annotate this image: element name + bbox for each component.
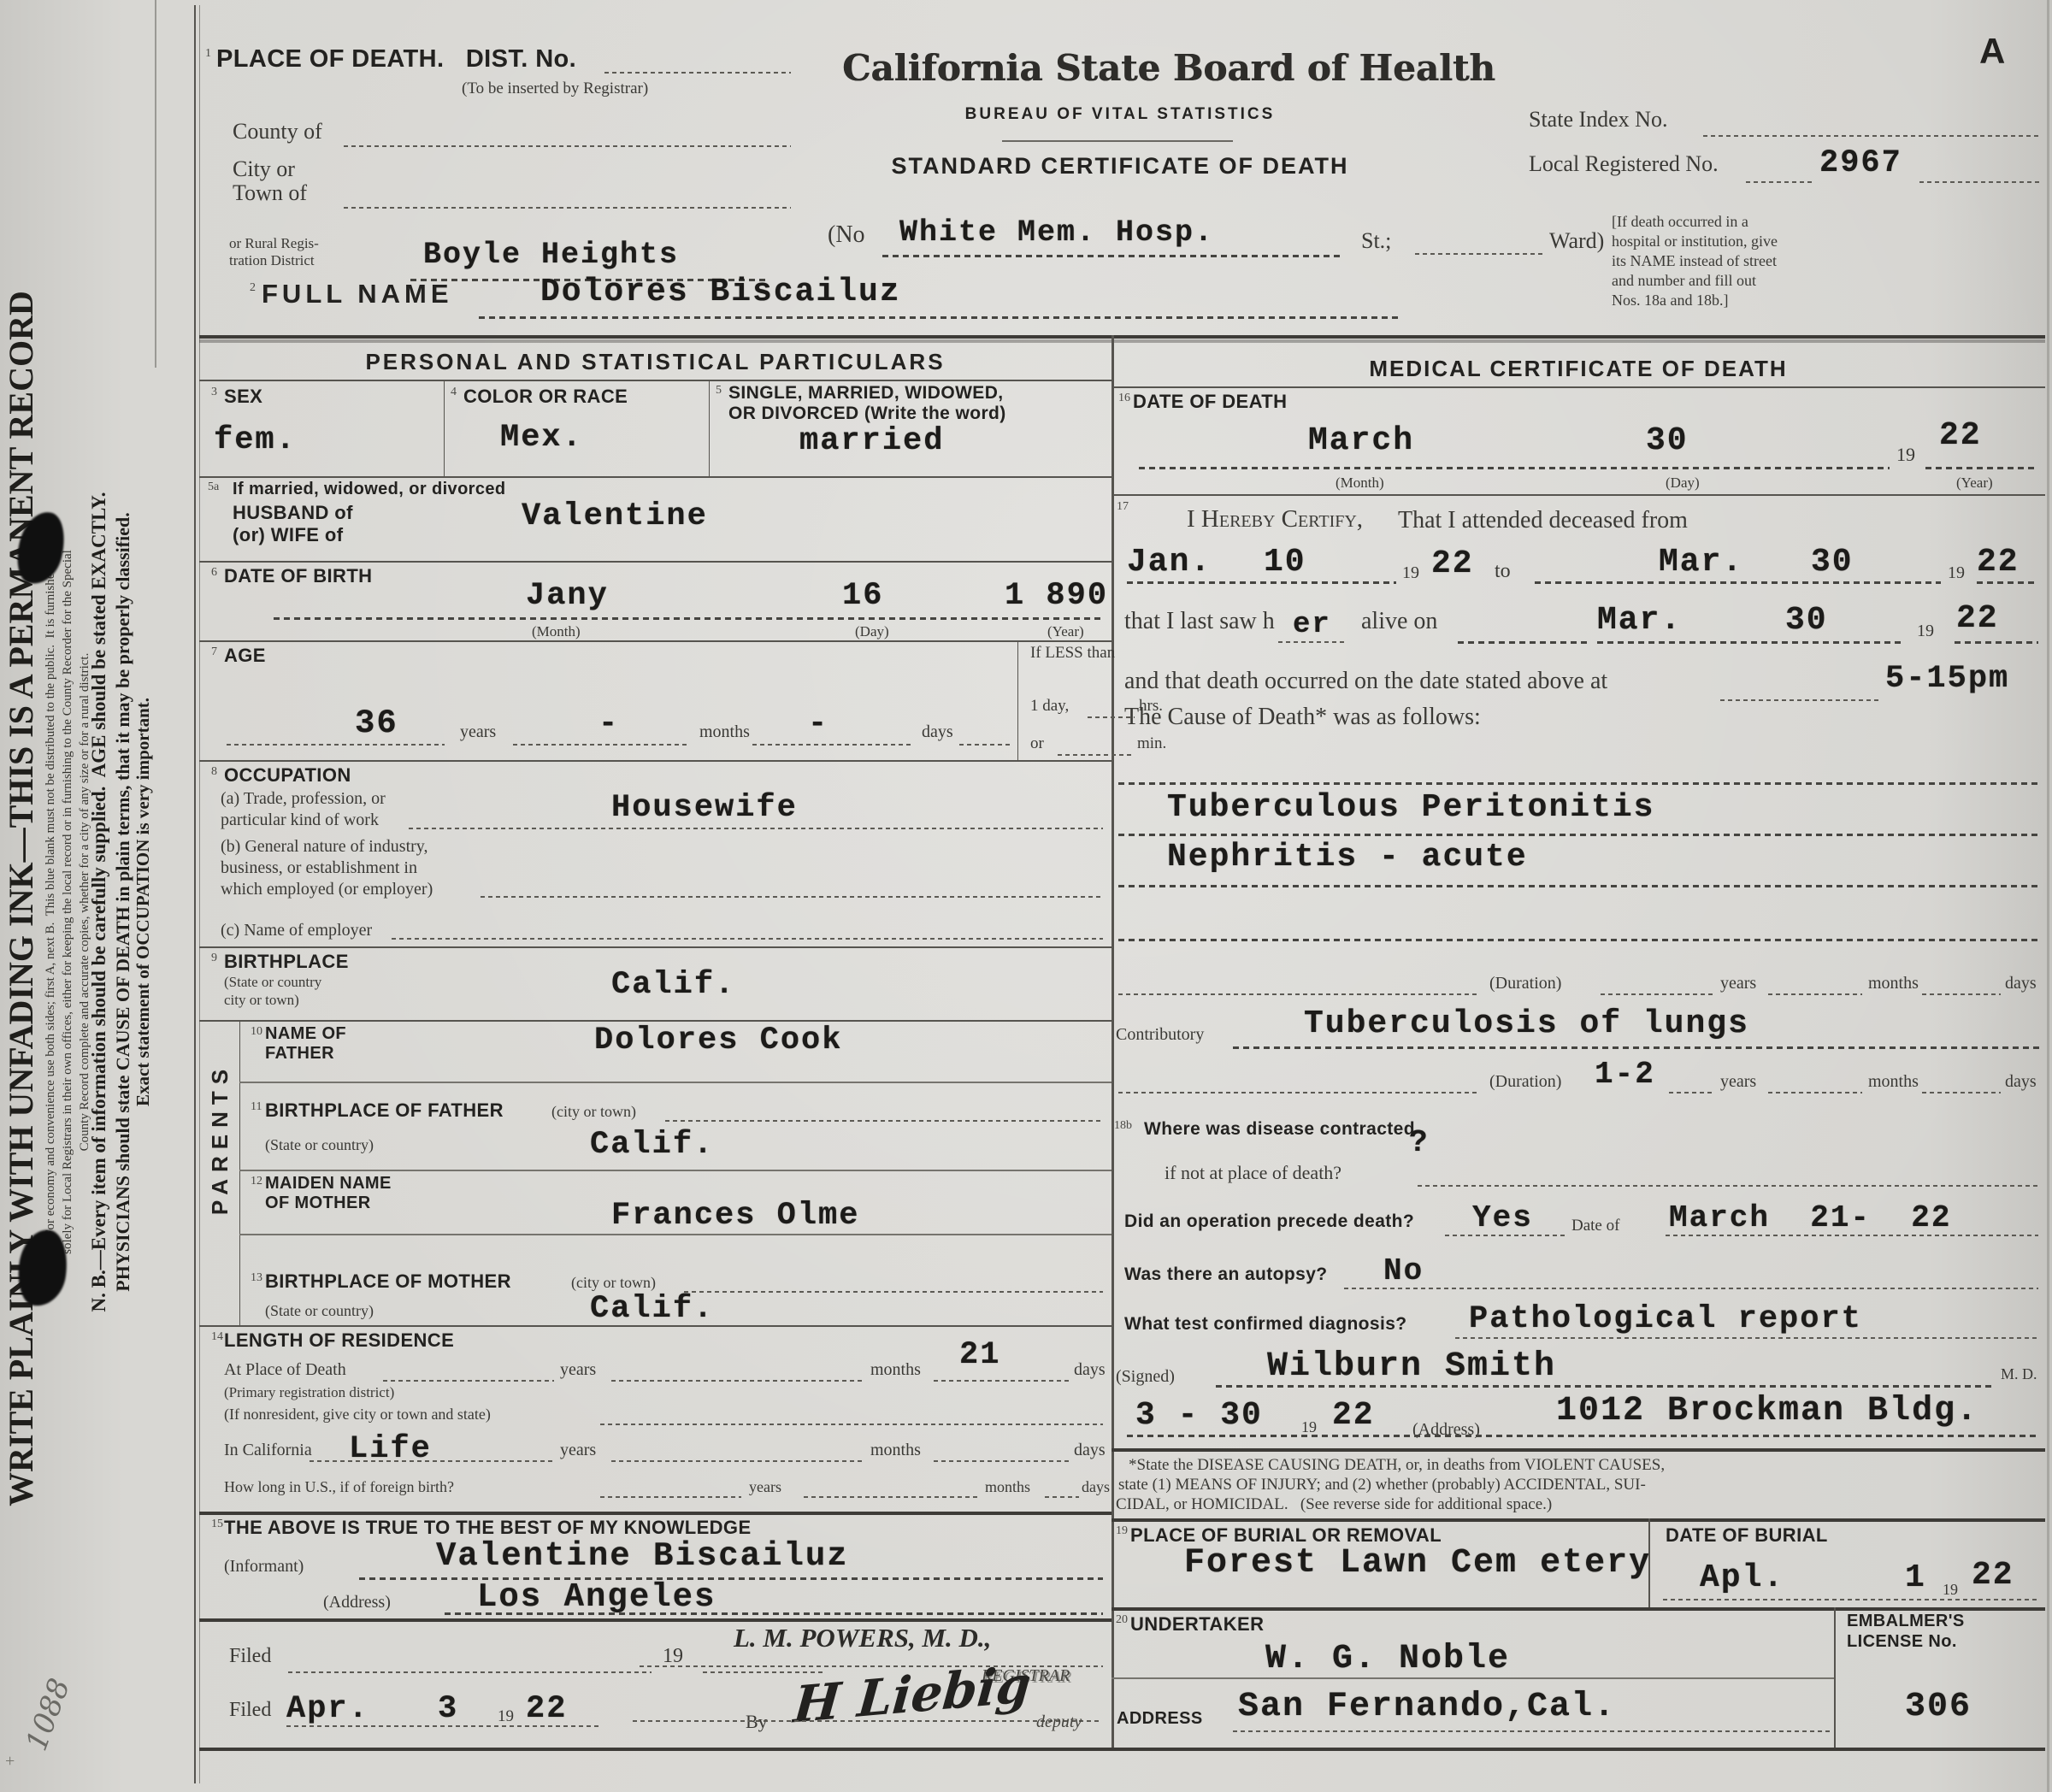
- item-number: 13: [251, 1272, 262, 1285]
- month-caption: (Month): [1336, 475, 1384, 491]
- embalmers-label-line2: LICENSE No.: [1847, 1633, 1957, 1651]
- medical-section-title: MEDICAL CERTIFICATE OF DEATH: [1111, 357, 2045, 380]
- months-label: months: [870, 1361, 921, 1379]
- dotted-line: [1127, 1435, 2040, 1437]
- residence-label: LENGTH OF RESIDENCE: [224, 1330, 454, 1350]
- dotted-line: [1925, 467, 2038, 469]
- how-long-us-label: How long in U.S., if of foreign birth?: [224, 1479, 454, 1495]
- days-label: days: [1082, 1479, 1110, 1495]
- contributory-value: Tuberculosis of lungs: [1304, 1007, 1749, 1041]
- occupation-label: OCCUPATION: [224, 765, 351, 785]
- rule: [199, 640, 1111, 642]
- dotted-line: [344, 145, 791, 147]
- father-birthplace-state-cap: (State or country): [265, 1137, 374, 1153]
- dotted-line: [1597, 641, 1905, 644]
- hospital-note-line2: hospital or institution, give: [1612, 233, 1778, 250]
- full-name-value: Dolores Biscailuz: [540, 275, 901, 309]
- cell-divider: [444, 380, 445, 476]
- age-years-value: 36: [355, 706, 398, 741]
- birthplace-label: BIRTHPLACE: [224, 952, 349, 971]
- year-caption: (Year): [1047, 624, 1084, 640]
- cause-footnote-line3: CIDAL, or HOMICIDAL. (See reverse side f…: [1116, 1496, 1552, 1513]
- marital-value: married: [799, 425, 944, 458]
- test-confirmed-value: Pathological report: [1469, 1303, 1862, 1336]
- operation-label: Did an operation precede death?: [1124, 1212, 1414, 1231]
- dotted-line: [665, 1120, 1103, 1122]
- city-label: City or: [233, 157, 295, 180]
- disease-contracted-label: Where was disease contracted: [1144, 1120, 1415, 1139]
- dotted-line: [1977, 581, 2038, 584]
- street-no-label: (No: [828, 222, 865, 247]
- filed-month-value: Apr.: [286, 1693, 369, 1726]
- day-caption: (Day): [1666, 475, 1700, 491]
- dotted-line: [1922, 993, 2001, 995]
- margin-physicians-line: PHYSICIANS should state CAUSE OF DEATH i…: [113, 21, 133, 1783]
- dotted-line: [600, 1424, 1103, 1425]
- item-number: 9: [211, 952, 217, 965]
- local-registered-value: 2967: [1819, 147, 1902, 180]
- rule: [1111, 1448, 2045, 1452]
- rule: [239, 1234, 1111, 1235]
- hospital-note-line4: and number and fill out: [1612, 273, 1756, 289]
- dotted-line: [1139, 467, 1890, 469]
- filed-19-label-2: 19: [498, 1708, 514, 1725]
- item-number: 11: [251, 1101, 262, 1114]
- father-birthplace-label: BIRTHPLACE OF FATHER: [265, 1100, 504, 1120]
- occupation-b-label2: business, or establishment in: [221, 859, 417, 877]
- sex-value: fem.: [214, 424, 297, 457]
- death-year-value: 22: [1939, 419, 1982, 453]
- occupation-b-label1: (b) General nature of industry,: [221, 838, 428, 856]
- dotted-line: [1233, 1730, 1831, 1732]
- filed-19-label: 19: [663, 1646, 683, 1667]
- day-caption: (Day): [855, 624, 889, 640]
- state-index-label: State Index No.: [1529, 108, 1667, 131]
- age-months-value: -: [598, 708, 619, 741]
- dotted-line: [1418, 1185, 2038, 1187]
- margin-write-plainly-text: WRITE PLAINLY WITH UNFADING INK—THIS IS …: [3, 17, 39, 1780]
- page-edge-line: [155, 0, 156, 368]
- place-of-burial-label: PLACE OF BURIAL OR REMOVAL: [1130, 1525, 1442, 1545]
- dotted-line: [1415, 253, 1543, 255]
- item-number: 16: [1118, 392, 1130, 405]
- dotted-line: [633, 1720, 1101, 1722]
- rural-district-value: Boyle Heights: [423, 239, 679, 271]
- years-label: years: [1720, 1073, 1756, 1091]
- dotted-line: [611, 1380, 864, 1382]
- race-value: Mex.: [500, 421, 583, 455]
- residence-days-value: 21: [959, 1339, 1000, 1372]
- rural-district-label: or Rural Regis-: [229, 236, 319, 251]
- from-19-label: 19: [1402, 564, 1419, 582]
- or-label: or: [1030, 735, 1044, 752]
- item-number: 17: [1117, 501, 1129, 514]
- husband-of-label: HUSBAND of: [233, 503, 353, 522]
- years-label: years: [1720, 975, 1756, 993]
- attended-from-day: 10: [1264, 545, 1306, 580]
- registrar-note: (To be inserted by Registrar): [462, 80, 648, 97]
- rule: [199, 476, 1111, 478]
- hospital-note-line1: [If death occurred in a: [1612, 214, 1748, 230]
- dotted-line: [1118, 1092, 1477, 1093]
- informant-address-value: Los Angeles: [477, 1580, 716, 1615]
- death-occurred-label: and that death occurred on the date stat…: [1124, 669, 1607, 693]
- dotted-line: [1118, 993, 1477, 995]
- filed-year-value: 22: [526, 1693, 567, 1726]
- full-name-label: FULL NAME: [262, 280, 453, 309]
- margin-economy-note-1: For economy and convenience use both sid…: [44, 21, 58, 1783]
- informant-caption: (Informant): [224, 1558, 304, 1576]
- dotted-line: [1458, 641, 1590, 644]
- dotted-line: [1278, 641, 1345, 643]
- in-california-label: In California: [224, 1441, 312, 1459]
- to-label: to: [1495, 561, 1511, 582]
- death-time-value: 5-15pm: [1885, 663, 2009, 696]
- personal-section-title: PERSONAL AND STATISTICAL PARTICULARS: [199, 351, 1111, 374]
- dotted-line: [479, 316, 1398, 319]
- dotted-line: [804, 1496, 979, 1498]
- date-of-birth-label: DATE OF BIRTH: [224, 566, 372, 586]
- dotted-line: [1233, 1046, 2042, 1049]
- town-label: Town of: [233, 181, 307, 204]
- birth-month-value: Jany: [526, 580, 609, 613]
- margin-corner-mark: +: [5, 1753, 15, 1771]
- certify-label-1: I Hereby Certify,: [1187, 506, 1363, 532]
- dotted-line: [604, 72, 791, 74]
- dotted-line: [1669, 1092, 1713, 1093]
- county-label: County of: [233, 120, 322, 143]
- father-name-label2: FATHER: [265, 1045, 334, 1063]
- rule: [1111, 1607, 2045, 1611]
- rule: [199, 1618, 1111, 1622]
- attended-to-day: 30: [1811, 545, 1854, 580]
- wife-of-label: (or) WIFE of: [233, 525, 343, 545]
- item-number: 2: [250, 282, 256, 295]
- burial-year-value: 22: [1972, 1559, 2014, 1593]
- months-label: months: [985, 1479, 1030, 1495]
- undertaker-address-label: ADDRESS: [1117, 1710, 1203, 1728]
- primary-district-caption: (Primary registration district): [224, 1385, 394, 1400]
- dotted-line: [1663, 1599, 2039, 1600]
- rule: [199, 380, 1111, 381]
- rural-district-label2: tration District: [229, 253, 315, 268]
- signed-caption: (Signed): [1116, 1368, 1175, 1386]
- item-number: 12: [251, 1176, 262, 1188]
- cell-divider: [709, 380, 710, 476]
- mother-birthplace-value: Calif.: [590, 1293, 714, 1326]
- months-label: months: [1868, 975, 1919, 993]
- signed-year-value: 22: [1332, 1399, 1375, 1433]
- sex-label: SEX: [224, 386, 262, 406]
- rule: [199, 561, 1111, 563]
- father-birthplace-value: Calif.: [590, 1129, 714, 1162]
- cell-divider: [1834, 1607, 1836, 1749]
- informant-address-caption: (Address): [323, 1594, 391, 1612]
- item-number: 10: [251, 1026, 262, 1039]
- date-of-death-label: DATE OF DEATH: [1133, 392, 1287, 411]
- form-bottom-border: [199, 1748, 2045, 1751]
- dotted-line: [882, 255, 1344, 257]
- item-number: 6: [211, 567, 217, 580]
- ward-label: Ward): [1549, 229, 1604, 252]
- cause-of-death-intro-label: The Cause of Death* was as follows:: [1124, 704, 1481, 729]
- mother-birthplace-label: BIRTHPLACE OF MOTHER: [265, 1271, 511, 1291]
- test-confirmed-label: What test confirmed diagnosis?: [1124, 1315, 1407, 1334]
- dotted-line: [1445, 1235, 1565, 1236]
- dotted-line: [1666, 1235, 2038, 1236]
- duration-caption: (Duration): [1489, 1073, 1561, 1091]
- dotted-line: [1720, 699, 1878, 701]
- marital-label-line2: OR DIVORCED (Write the word): [728, 404, 1006, 423]
- dotted-line: [1118, 885, 2042, 887]
- attended-from-month: Jan.: [1127, 545, 1212, 580]
- margin-economy-note-2: solely for Local Registrars in their own…: [62, 21, 75, 1783]
- dotted-line: [445, 1612, 1103, 1615]
- marital-label-line1: SINGLE, MARRIED, WIDOWED,: [728, 384, 1004, 403]
- section-divider: [199, 335, 2045, 339]
- column-divider: [1111, 335, 1114, 1749]
- rule: [239, 1170, 1111, 1171]
- duration-caption: (Duration): [1489, 975, 1561, 993]
- cause-of-death-value-1: Tuberculous Peritonitis: [1167, 791, 1655, 825]
- dotted-line: [1058, 754, 1133, 756]
- dotted-line: [1703, 135, 2042, 137]
- form-left-border-inner: [199, 5, 200, 1783]
- embalmers-license-value: 306: [1905, 1689, 1972, 1725]
- deputy-label: deputy: [1036, 1713, 1082, 1731]
- item-number: 18b: [1114, 1120, 1132, 1133]
- days-label: days: [1074, 1441, 1106, 1459]
- signed-date-value: 3 - 30: [1135, 1399, 1263, 1433]
- filed-day-value: 3: [438, 1693, 458, 1726]
- dotted-line: [1955, 641, 2038, 644]
- dotted-line: [1768, 993, 1862, 995]
- certificate-title: STANDARD CERTIFICATE OF DEATH: [864, 154, 1377, 178]
- dotted-line: [1045, 1496, 1079, 1498]
- dotted-line: [959, 744, 1011, 746]
- registrar-name: L. M. POWERS, M. D.,: [734, 1624, 991, 1653]
- local-registered-label: Local Registered No.: [1529, 152, 1719, 175]
- dotted-line: [1216, 1385, 1992, 1388]
- mother-name-label1: MAIDEN NAME: [265, 1175, 392, 1193]
- spouse-condition-label: If married, widowed, or divorced: [233, 480, 506, 498]
- years-label: years: [560, 1441, 596, 1459]
- item-number: 8: [211, 766, 217, 779]
- certify-label-2: That I attended deceased from: [1398, 508, 1688, 533]
- dotted-line: [227, 744, 445, 746]
- board-title: California State Board of Health: [842, 50, 1398, 87]
- death-day-value: 30: [1646, 424, 1689, 458]
- dotted-line: [934, 1460, 1070, 1462]
- dotted-line: [392, 938, 1103, 940]
- mother-birthplace-city-cap: (city or town): [571, 1275, 656, 1291]
- dotted-line: [286, 1725, 601, 1727]
- months-label: months: [870, 1441, 921, 1459]
- operation-date-label: Date of: [1571, 1217, 1619, 1235]
- corner-letter: A: [1979, 32, 2006, 70]
- occupation-a-label2: particular kind of work: [221, 811, 379, 829]
- occupation-b-label3: which employed (or employer): [221, 881, 433, 899]
- last-saw-month: Mar.: [1597, 604, 1682, 638]
- filed-label-2: Filed: [229, 1700, 271, 1721]
- attended-to-year: 22: [1977, 545, 2020, 580]
- rule: [199, 1325, 1111, 1327]
- alive-on-label: alive on: [1361, 609, 1437, 634]
- at-place-of-death-label: At Place of Death: [224, 1361, 346, 1379]
- burial-month-value: Apl.: [1700, 1561, 1784, 1595]
- item-number: 14: [211, 1331, 223, 1344]
- rule: [239, 1082, 1111, 1083]
- item-number: 4: [451, 386, 457, 399]
- rule: [199, 946, 1111, 948]
- item-number: 1: [205, 48, 211, 61]
- rule: [1111, 1518, 2045, 1522]
- embalmers-label-line1: EMBALMER'S: [1847, 1612, 1965, 1630]
- last-saw-label: that I last saw h: [1124, 609, 1275, 634]
- item-number: 3: [211, 386, 217, 399]
- dotted-line: [752, 744, 911, 746]
- days-label: days: [1074, 1361, 1106, 1379]
- parents-vertical-label: PARENTS: [209, 1028, 232, 1250]
- dotted-line: [1746, 181, 1814, 183]
- disease-contracted-value: ?: [1409, 1127, 1430, 1159]
- burial-19-label: 19: [1943, 1582, 1958, 1598]
- rule: [1111, 494, 2045, 496]
- contributory-label: Contributory: [1116, 1026, 1204, 1044]
- birthplace-sub1: (State or country: [224, 975, 321, 990]
- dotted-line: [1118, 782, 2042, 785]
- cause-footnote-line1: *State the DISEASE CAUSING DEATH, or, in…: [1129, 1457, 1665, 1474]
- operation-date-value: March 21- 22: [1669, 1202, 1951, 1235]
- dotted-line: [344, 207, 791, 209]
- cell-divider: [1648, 1518, 1650, 1610]
- dotted-line: [359, 1577, 1103, 1580]
- mother-birthplace-state-cap: (State or country): [265, 1303, 374, 1319]
- spouse-value: Valentine: [522, 500, 708, 533]
- date-of-burial-label: DATE OF BURIAL: [1666, 1525, 1828, 1545]
- rule: [1111, 386, 2045, 388]
- physician-signature-value: Wilburn Smith: [1267, 1349, 1556, 1385]
- margin-nb-line: N. B.—Every item of information should b…: [89, 21, 109, 1783]
- dotted-line: [1455, 1337, 2038, 1339]
- mother-name-label2: OF MOTHER: [265, 1194, 371, 1212]
- operation-value: Yes: [1472, 1202, 1533, 1235]
- death-19-label: 19: [1896, 445, 1915, 464]
- year-caption: (Year): [1956, 475, 1993, 491]
- informant-value: Valentine Biscailuz: [436, 1539, 849, 1574]
- days-label: days: [2005, 975, 2037, 993]
- dotted-line: [288, 1671, 652, 1673]
- dotted-line: [1601, 993, 1713, 995]
- rule: [1111, 1677, 1834, 1679]
- autopsy-value: No: [1383, 1255, 1424, 1288]
- bureau-subtitle: BUREAU OF VITAL STATISTICS: [932, 106, 1308, 123]
- if-less-than-label: If LESS than: [1030, 645, 1115, 662]
- parents-inner-border: [239, 1020, 240, 1325]
- years-label: years: [560, 1361, 596, 1379]
- filed-label: Filed: [229, 1646, 271, 1667]
- mother-name-value: Frances Olme: [611, 1200, 859, 1233]
- place-of-burial-value: Forest Lawn Cem etery: [1184, 1546, 1651, 1582]
- to-19-label: 19: [1948, 564, 1965, 582]
- dotted-line: [481, 896, 1103, 898]
- attended-to-month: Mar.: [1659, 545, 1743, 580]
- item-number: 5a: [208, 481, 219, 494]
- attended-from-year: 22: [1431, 547, 1474, 581]
- form-left-border: [194, 5, 196, 1783]
- item-number: 19: [1116, 1525, 1128, 1538]
- dotted-line: [1922, 1092, 2001, 1093]
- form-right-border: [2047, 0, 2049, 1792]
- dotted-line: [1768, 1092, 1862, 1093]
- autopsy-label: Was there an autopsy?: [1124, 1265, 1328, 1284]
- duration-2-value: 1-2: [1595, 1058, 1655, 1091]
- occupation-a-label1: (a) Trade, profession, or: [221, 790, 386, 808]
- days-label: days: [922, 723, 953, 741]
- street-label: St.;: [1361, 229, 1391, 252]
- dotted-line: [684, 1291, 1103, 1293]
- burial-day-value: 1: [1905, 1561, 1926, 1595]
- saw-19-label: 19: [1917, 622, 1934, 640]
- death-certificate-scan: WRITE PLAINLY WITH UNFADING INK—THIS IS …: [0, 0, 2052, 1792]
- dotted-line: [934, 1380, 1070, 1382]
- hospital-name-value: White Mem. Hosp.: [899, 217, 1214, 249]
- months-label: months: [699, 723, 750, 741]
- birthplace-sub2: city or town): [224, 993, 299, 1008]
- one-day-label: 1 day,: [1030, 698, 1069, 715]
- margin-occupation-line: Exact statement of OCCUPATION is very im…: [133, 21, 152, 1783]
- age-label: AGE: [224, 645, 266, 665]
- undertaker-address-value: San Fernando,Cal.: [1238, 1689, 1616, 1725]
- month-caption: (Month): [532, 624, 581, 640]
- rule: [199, 760, 1111, 762]
- rule: [199, 1020, 1111, 1022]
- days-label: days: [2005, 1073, 2037, 1091]
- cause-of-death-value-2: Nephritis - acute: [1167, 840, 1528, 875]
- item-number: 7: [211, 646, 217, 659]
- dotted-line: [703, 1671, 823, 1673]
- dotted-line: [1127, 581, 1396, 584]
- last-saw-day: 30: [1785, 604, 1828, 638]
- dotted-line: [1118, 834, 2042, 836]
- hospital-note-line3: its NAME instead of street: [1612, 253, 1777, 269]
- physician-address-value: 1012 Brockman Bldg.: [1556, 1394, 1978, 1429]
- last-saw-her: er: [1293, 610, 1331, 641]
- cell-divider: [1017, 640, 1018, 760]
- informant-attestation-label: THE ABOVE IS TRUE TO THE BEST OF MY KNOW…: [224, 1518, 752, 1537]
- father-name-label1: NAME OF: [265, 1025, 346, 1043]
- item-number: 5: [716, 385, 722, 398]
- undertaker-value: W. G. Noble: [1265, 1642, 1510, 1677]
- dotted-line: [310, 1460, 553, 1462]
- place-of-death-label: PLACE OF DEATH. DIST. No.: [216, 46, 576, 72]
- dotted-line: [600, 1496, 741, 1498]
- dotted-line: [513, 744, 688, 746]
- dotted-line: [409, 828, 1103, 829]
- dotted-line: [1344, 1288, 2038, 1289]
- dotted-line: [274, 617, 1103, 620]
- cause-footnote-line2: state (1) MEANS OF INJURY; and (2) wheth…: [1118, 1477, 1646, 1494]
- birth-year-value: 1 890: [1005, 580, 1108, 613]
- father-birthplace-city-cap: (city or town): [551, 1104, 636, 1120]
- dotted-line: [1659, 581, 1941, 584]
- not-at-place-label: if not at place of death?: [1165, 1163, 1341, 1182]
- birth-day-value: 16: [842, 580, 883, 613]
- occupation-value: Housewife: [611, 792, 798, 825]
- rule: [199, 1512, 1111, 1515]
- masthead-divider: [1002, 140, 1233, 142]
- item-number: 15: [211, 1518, 223, 1531]
